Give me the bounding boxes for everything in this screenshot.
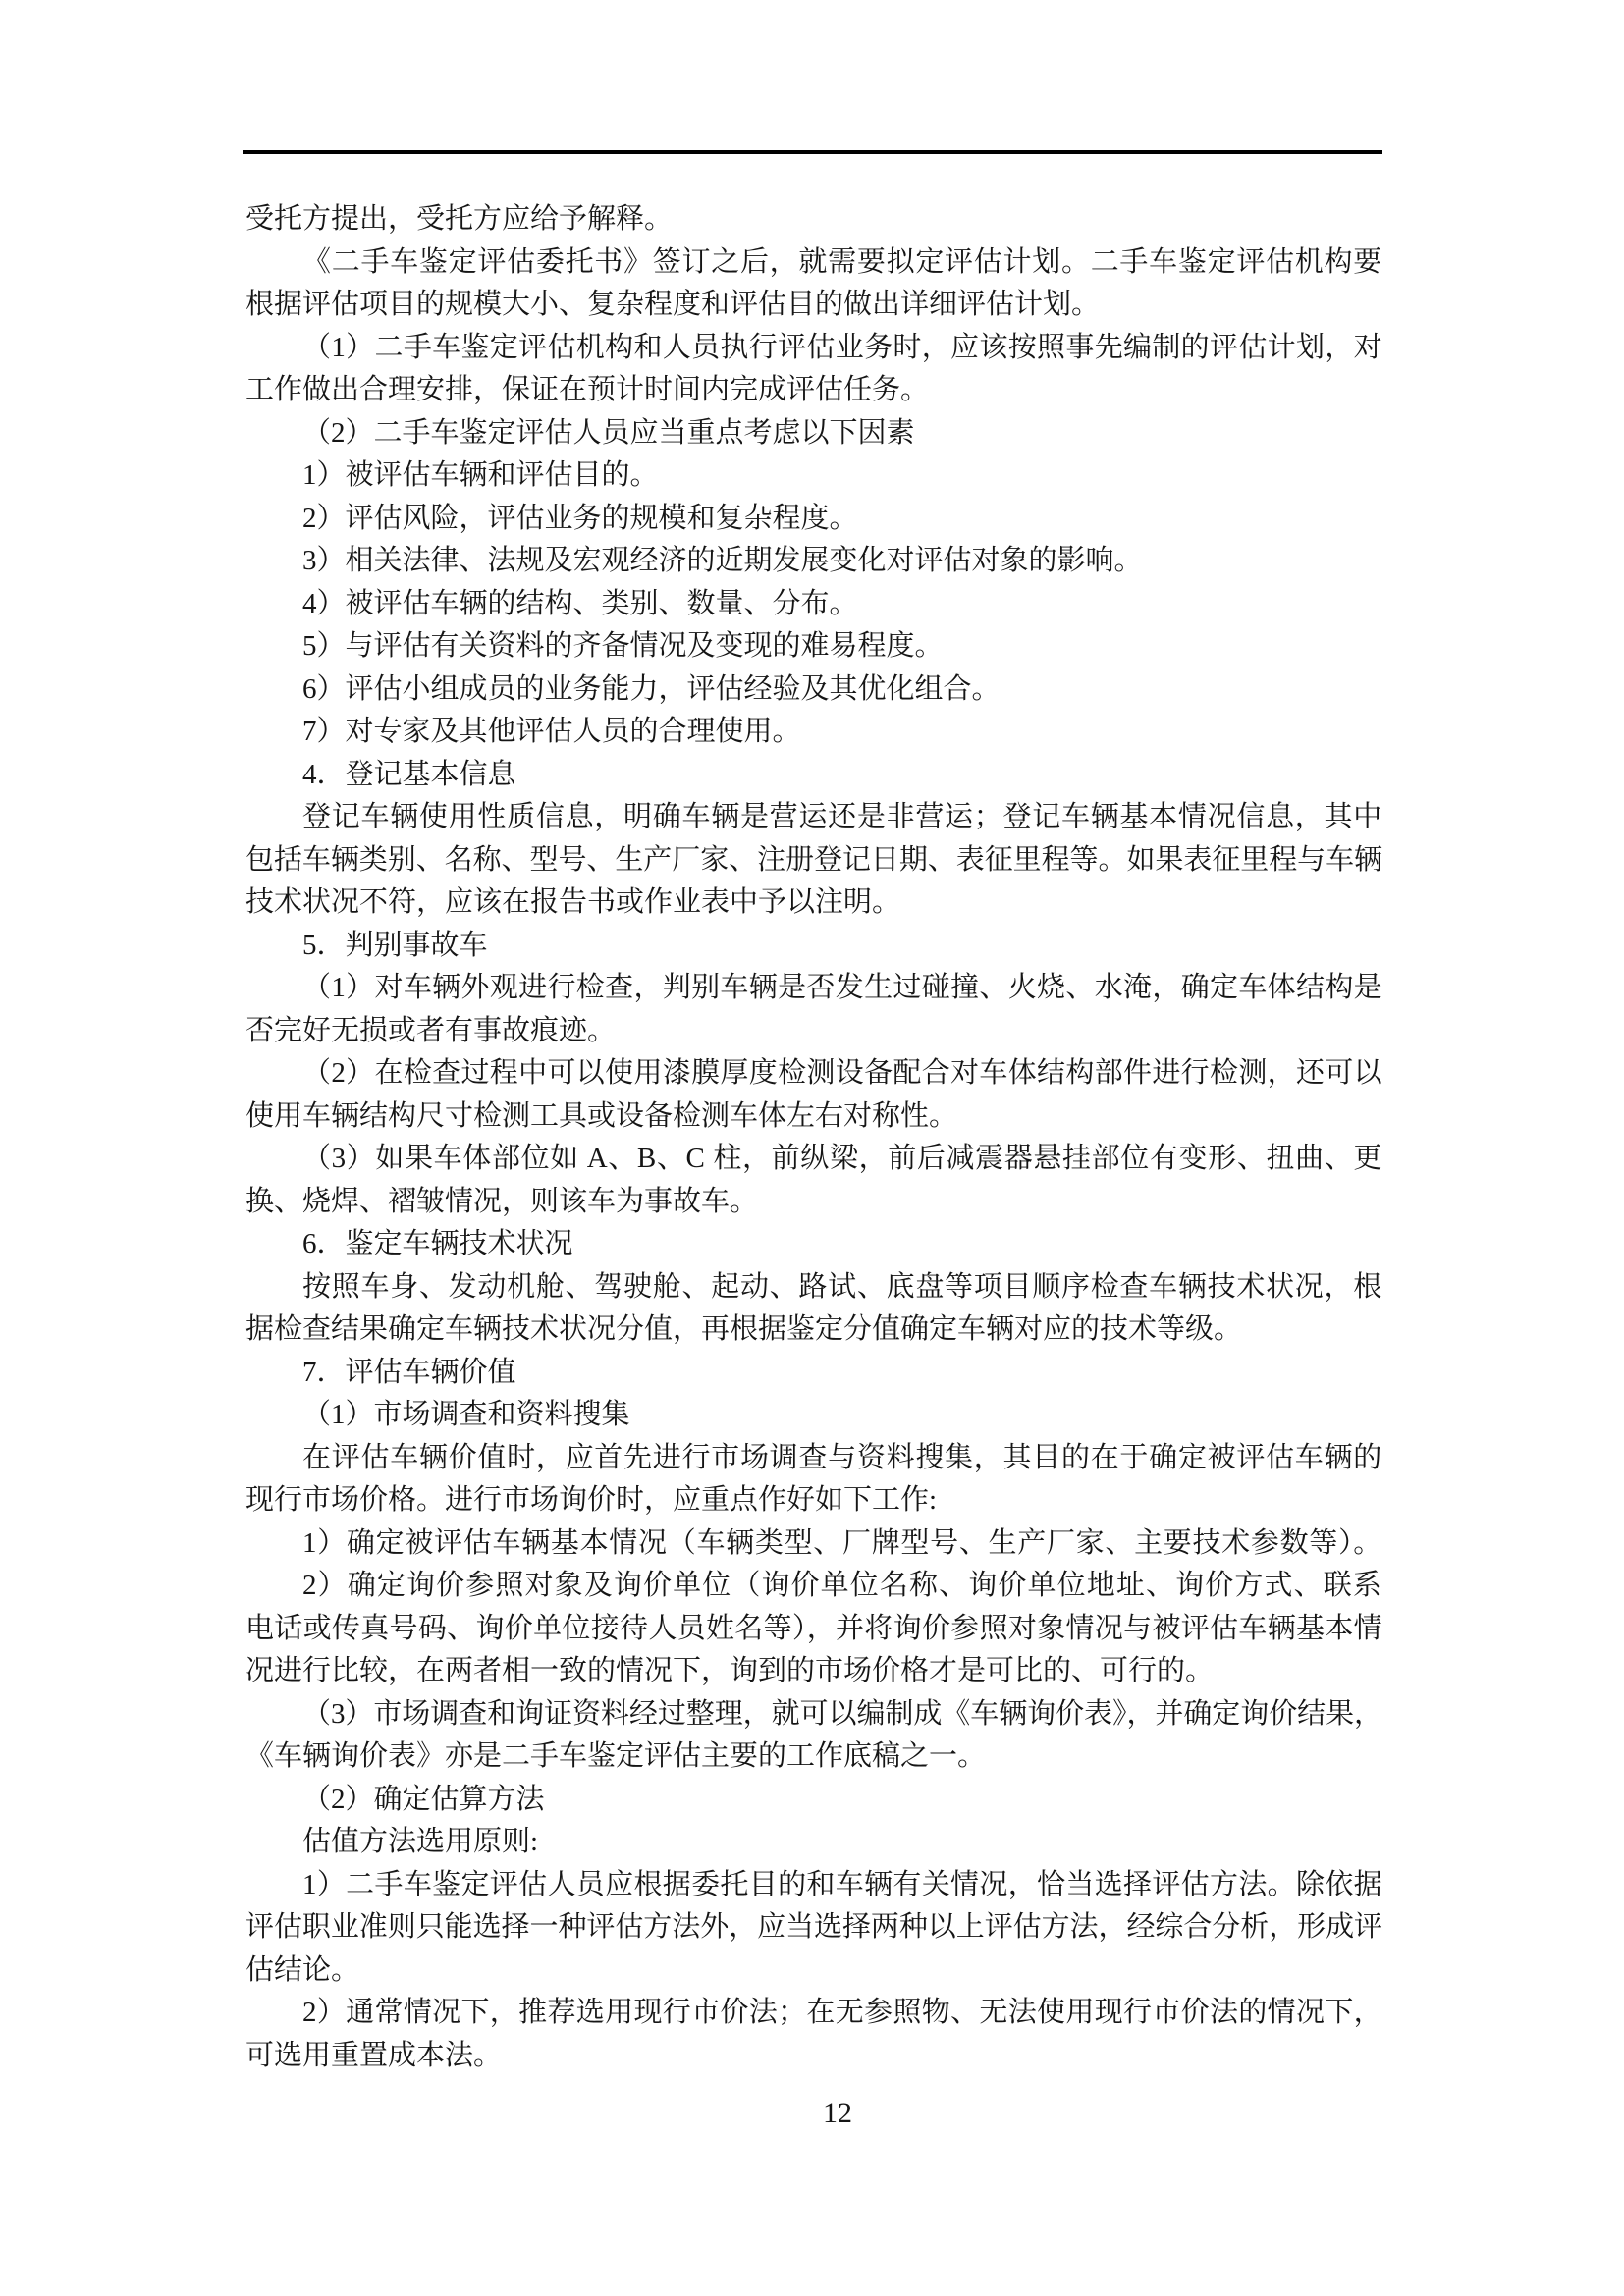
text-line-content: 使用车辆结构尺寸检测工具或设备检测车体左右对称性。 xyxy=(245,1100,957,1132)
text-line-content: （1）二手车鉴定评估机构和人员执行评估业务时，应该按照事先编制的评估计划，对 xyxy=(302,332,1382,363)
text-line: 使用车辆结构尺寸检测工具或设备检测车体左右对称性。 xyxy=(245,1095,1382,1139)
text-line: 2）通常情况下，推荐选用现行市价法；在无参照物、无法使用现行市价法的情况下， xyxy=(245,1992,1382,2035)
text-line-content: （1）市场调查和资料搜集 xyxy=(302,1399,630,1430)
text-line: 技术状况不符，应该在报告书或作业表中予以注明。 xyxy=(245,881,1382,925)
text-line-content: （2）确定估算方法 xyxy=(302,1784,545,1815)
text-line-content: （3）如果车体部位如 A、B、C 柱，前纵梁，前后减震器悬挂部位有变形、扭曲、更 xyxy=(302,1143,1382,1174)
text-line: 7）对专家及其他评估人员的合理使用。 xyxy=(245,711,1382,754)
text-line: 6）评估小组成员的业务能力，评估经验及其优化组合。 xyxy=(245,668,1382,712)
text-line: 3）相关法律、法规及宏观经济的近期发展变化对评估对象的影响。 xyxy=(245,540,1382,583)
text-line: 4）被评估车辆的结构、类别、数量、分布。 xyxy=(245,583,1382,626)
text-line-content: 1）确定被评估车辆基本情况（车辆类型、厂牌型号、生产厂家、主要技术参数等）。 xyxy=(302,1527,1382,1559)
header-rule xyxy=(243,150,1382,154)
text-line-content: 4．登记基本信息 xyxy=(302,759,516,790)
text-line: 换、烧焊、褶皱情况，则该车为事故车。 xyxy=(245,1181,1382,1224)
text-line: 电话或传真号码、询价单位接待人员姓名等），并将询价参照对象情况与被评估车辆基本情 xyxy=(245,1608,1382,1651)
text-line-content: （2）二手车鉴定评估人员应当重点考虑以下因素 xyxy=(302,417,915,449)
page-number: 12 xyxy=(823,2097,852,2130)
text-line-content: 7．评估车辆价值 xyxy=(302,1357,516,1388)
text-line-content: 可选用重置成本法。 xyxy=(245,2040,502,2071)
text-line: 在评估车辆价值时，应首先进行市场调查与资料搜集，其目的在于确定被评估车辆的 xyxy=(245,1437,1382,1480)
text-line: 登记车辆使用性质信息，明确车辆是营运还是非营运；登记车辆基本情况信息，其中 xyxy=(245,796,1382,839)
text-line: 评估职业准则只能选择一种评估方法外，应当选择两种以上评估方法，经综合分析，形成评 xyxy=(245,1906,1382,1949)
text-line: （3）市场调查和询证资料经过整理，就可以编制成《车辆询价表》，并确定询价结果， xyxy=(245,1693,1382,1736)
text-line-content: 按照车身、发动机舱、驾驶舱、起动、路试、底盘等项目顺序检查车辆技术状况，根 xyxy=(302,1271,1382,1303)
text-line-content: 在评估车辆价值时，应首先进行市场调查与资料搜集，其目的在于确定被评估车辆的 xyxy=(302,1442,1382,1473)
text-line: 4．登记基本信息 xyxy=(245,754,1382,797)
text-line-content: 现行市场价格。进行市场询价时，应重点作好如下工作: xyxy=(245,1484,937,1516)
text-line-content: 登记车辆使用性质信息，明确车辆是营运还是非营运；登记车辆基本情况信息，其中 xyxy=(302,801,1382,832)
text-line-content: （3）市场调查和询证资料经过整理，就可以编制成《车辆询价表》，并确定询价结果， xyxy=(302,1698,1382,1730)
text-line: 根据评估项目的规模大小、复杂程度和评估目的做出详细评估计划。 xyxy=(245,284,1382,327)
text-line-content: 3）相关法律、法规及宏观经济的近期发展变化对评估对象的影响。 xyxy=(302,545,1143,576)
text-line-content: 6．鉴定车辆技术状况 xyxy=(302,1228,573,1259)
text-line-content: 1）二手车鉴定评估人员应根据委托目的和车辆有关情况，恰当选择评估方法。除依据 xyxy=(302,1869,1382,1900)
text-line: （1）二手车鉴定评估机构和人员执行评估业务时，应该按照事先编制的评估计划，对 xyxy=(245,327,1382,370)
text-line: （1）对车辆外观进行检查，判别车辆是否发生过碰撞、火烧、水淹，确定车体结构是 xyxy=(245,967,1382,1010)
text-line-content: 受托方提出，受托方应给予解释。 xyxy=(245,203,673,235)
text-line: 6．鉴定车辆技术状况 xyxy=(245,1223,1382,1266)
text-line-content: （2）在检查过程中可以使用漆膜厚度检测设备配合对车体结构部件进行检测，还可以 xyxy=(302,1057,1382,1089)
text-line: 5．判别事故车 xyxy=(245,925,1382,968)
text-line-content: 2）评估风险，评估业务的规模和复杂程度。 xyxy=(302,503,858,534)
text-line-content: 评估职业准则只能选择一种评估方法外，应当选择两种以上评估方法，经综合分析，形成评 xyxy=(245,1911,1382,1943)
text-line-content: 5．判别事故车 xyxy=(302,930,488,961)
text-line-content: 《车辆询价表》亦是二手车鉴定评估主要的工作底稿之一。 xyxy=(245,1740,986,1772)
text-line: （2）二手车鉴定评估人员应当重点考虑以下因素 xyxy=(245,412,1382,455)
text-line-content: 工作做出合理安排，保证在预计时间内完成评估任务。 xyxy=(245,374,929,405)
text-line: 包括车辆类别、名称、型号、生产厂家、注册登记日期、表征里程等。如果表征里程与车辆 xyxy=(245,839,1382,882)
text-line: 1）被评估车辆和评估目的。 xyxy=(245,454,1382,498)
text-line-content: （1）对车辆外观进行检查，判别车辆是否发生过碰撞、火烧、水淹，确定车体结构是 xyxy=(302,972,1382,1003)
text-line: 估结论。 xyxy=(245,1949,1382,1993)
text-line: （2）在检查过程中可以使用漆膜厚度检测设备配合对车体结构部件进行检测，还可以 xyxy=(245,1052,1382,1095)
text-line-content: 7）对专家及其他评估人员的合理使用。 xyxy=(302,716,801,747)
text-line: 据检查结果确定车辆技术状况分值，再根据鉴定分值确定车辆对应的技术等级。 xyxy=(245,1308,1382,1352)
text-line: 1）二手车鉴定评估人员应根据委托目的和车辆有关情况，恰当选择评估方法。除依据 xyxy=(245,1864,1382,1907)
text-line: （3）如果车体部位如 A、B、C 柱，前纵梁，前后减震器悬挂部位有变形、扭曲、更 xyxy=(245,1138,1382,1181)
text-line: 现行市场价格。进行市场询价时，应重点作好如下工作: xyxy=(245,1479,1382,1522)
text-line: 按照车身、发动机舱、驾驶舱、起动、路试、底盘等项目顺序检查车辆技术状况，根 xyxy=(245,1266,1382,1309)
text-line: 1）确定被评估车辆基本情况（车辆类型、厂牌型号、生产厂家、主要技术参数等）。 xyxy=(245,1522,1382,1566)
text-line-content: 2）通常情况下，推荐选用现行市价法；在无参照物、无法使用现行市价法的情况下， xyxy=(302,1997,1382,2028)
text-line-content: 《二手车鉴定评估委托书》签订之后，就需要拟定评估计划。二手车鉴定评估机构要 xyxy=(302,246,1382,278)
text-line: 否完好无损或者有事故痕迹。 xyxy=(245,1010,1382,1053)
text-line-content: 估结论。 xyxy=(245,1954,359,1986)
text-line: 7．评估车辆价值 xyxy=(245,1352,1382,1395)
text-line-content: 根据评估项目的规模大小、复杂程度和评估目的做出详细评估计划。 xyxy=(245,289,1100,320)
text-line: 可选用重置成本法。 xyxy=(245,2035,1382,2078)
text-line-content: 换、烧焊、褶皱情况，则该车为事故车。 xyxy=(245,1186,758,1217)
text-line-content: 包括车辆类别、名称、型号、生产厂家、注册登记日期、表征里程等。如果表征里程与车辆 xyxy=(245,844,1382,876)
text-line: （2）确定估算方法 xyxy=(245,1779,1382,1822)
text-line: 2）确定询价参照对象及询价单位（询价单位名称、询价单位地址、询价方式、联系 xyxy=(245,1565,1382,1608)
text-line: 《二手车鉴定评估委托书》签订之后，就需要拟定评估计划。二手车鉴定评估机构要 xyxy=(245,241,1382,285)
text-line-content: 否完好无损或者有事故痕迹。 xyxy=(245,1015,616,1046)
text-line: 5）与评估有关资料的齐备情况及变现的难易程度。 xyxy=(245,625,1382,668)
text-line: 况进行比较，在两者相一致的情况下，询到的市场价格才是可比的、可行的。 xyxy=(245,1650,1382,1693)
text-line-content: 据检查结果确定车辆技术状况分值，再根据鉴定分值确定车辆对应的技术等级。 xyxy=(245,1313,1242,1345)
text-line-content: 技术状况不符，应该在报告书或作业表中予以注明。 xyxy=(245,886,900,918)
text-line: 2）评估风险，评估业务的规模和复杂程度。 xyxy=(245,498,1382,541)
text-line-content: 况进行比较，在两者相一致的情况下，询到的市场价格才是可比的、可行的。 xyxy=(245,1655,1214,1686)
text-line: 工作做出合理安排，保证在预计时间内完成评估任务。 xyxy=(245,369,1382,412)
text-line-content: 4）被评估车辆的结构、类别、数量、分布。 xyxy=(302,588,858,619)
text-line: 估值方法选用原则: xyxy=(245,1821,1382,1864)
text-line-content: 5）与评估有关资料的齐备情况及变现的难易程度。 xyxy=(302,630,944,662)
text-line-content: 1）被评估车辆和评估目的。 xyxy=(302,459,659,491)
text-line-content: 2）确定询价参照对象及询价单位（询价单位名称、询价单位地址、询价方式、联系 xyxy=(302,1570,1382,1601)
text-line: （1）市场调查和资料搜集 xyxy=(245,1394,1382,1437)
text-line-content: 估值方法选用原则: xyxy=(302,1826,538,1857)
text-line-content: 电话或传真号码、询价单位接待人员姓名等），并将询价参照对象情况与被评估车辆基本情 xyxy=(245,1613,1382,1644)
text-line: 《车辆询价表》亦是二手车鉴定评估主要的工作底稿之一。 xyxy=(245,1735,1382,1779)
document-page: 受托方提出，受托方应给予解释。《二手车鉴定评估委托书》签订之后，就需要拟定评估计… xyxy=(0,0,1624,2296)
text-line-content: 6）评估小组成员的业务能力，评估经验及其优化组合。 xyxy=(302,673,1001,705)
body-text: 受托方提出，受托方应给予解释。《二手车鉴定评估委托书》签订之后，就需要拟定评估计… xyxy=(245,198,1382,2077)
text-line: 受托方提出，受托方应给予解释。 xyxy=(245,198,1382,241)
